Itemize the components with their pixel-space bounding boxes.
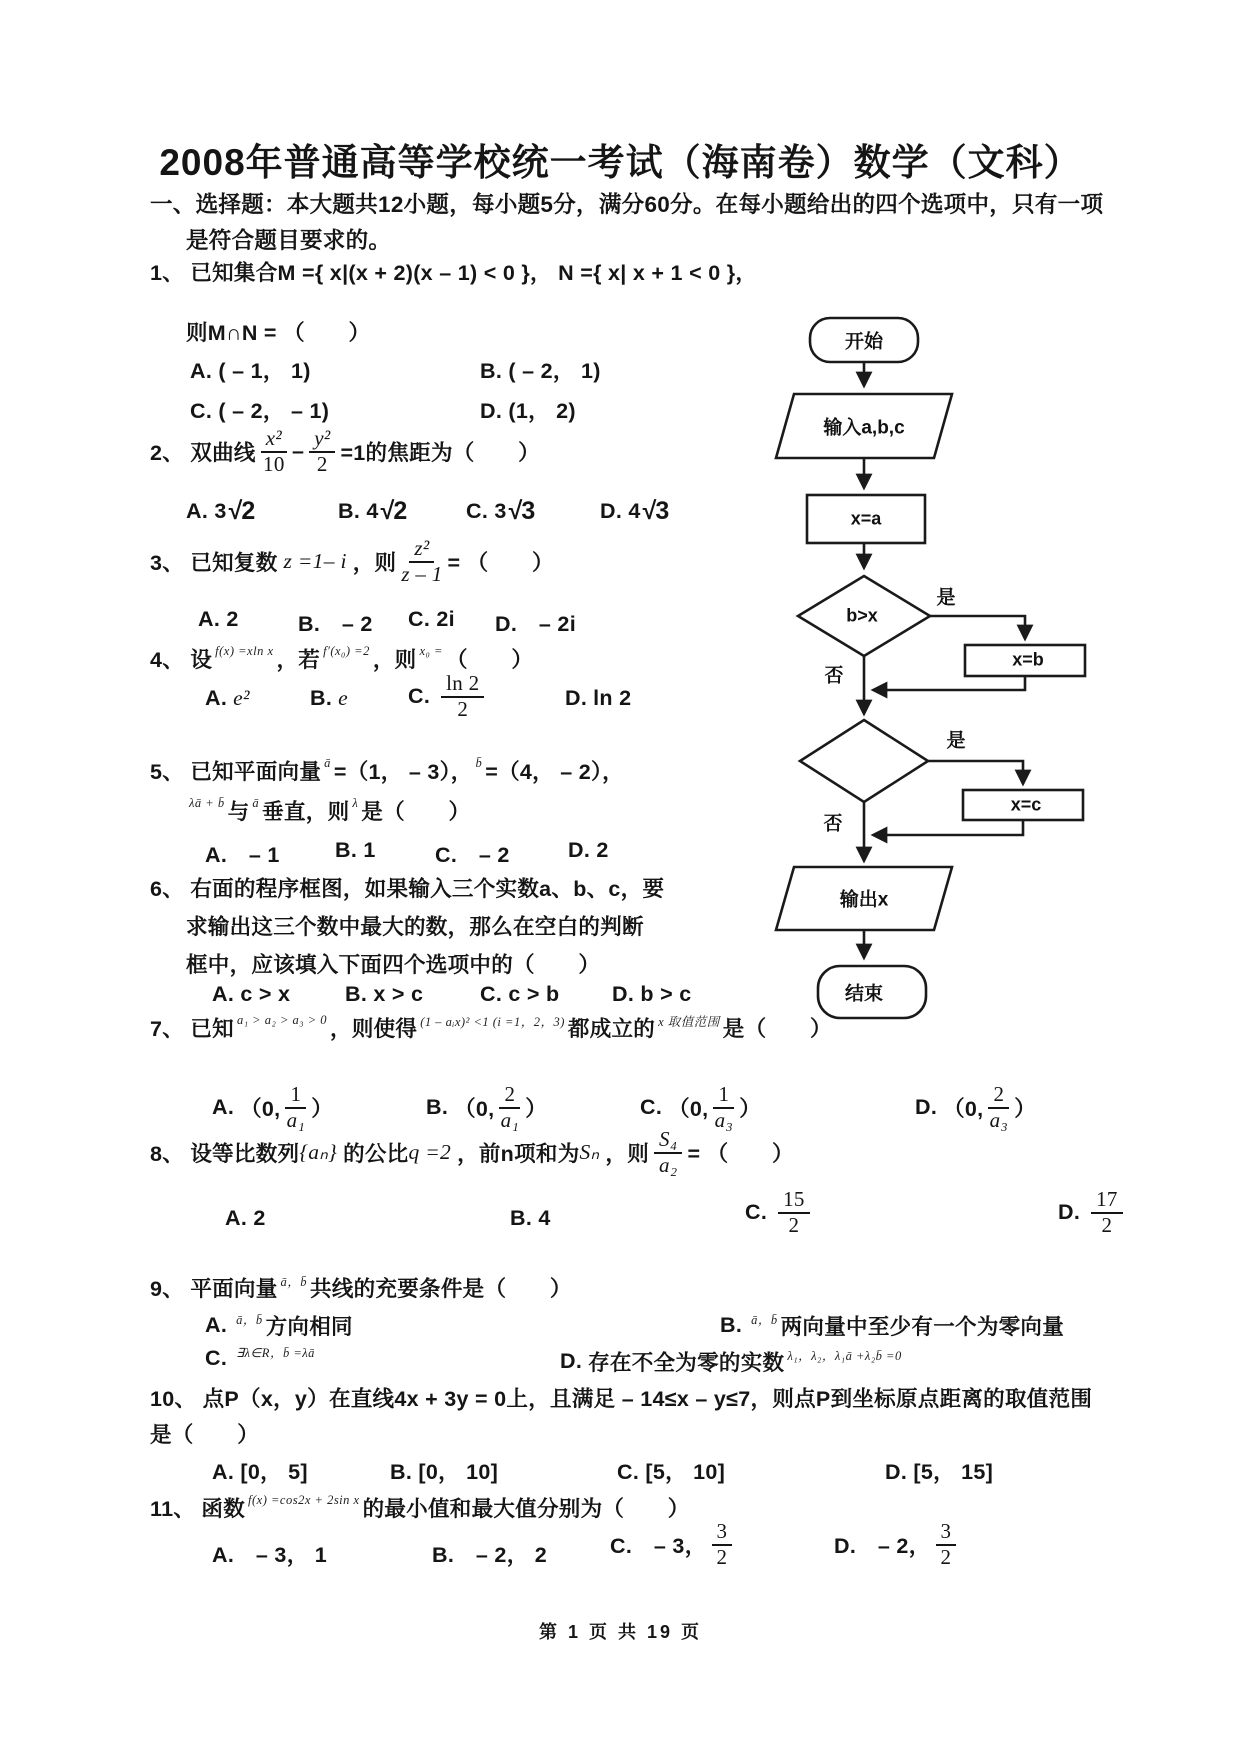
q2-stem-pre: 2、 双曲线: [150, 436, 256, 467]
flowchart-end-label: 结束: [845, 979, 883, 1006]
q1-line1: 1、 已知集合M ={ x|(x + 2)(x – 1) < 0 }， N ={…: [150, 256, 757, 287]
radical-glyph: √3: [643, 497, 669, 526]
q2-option-b: B. 4√2: [338, 497, 406, 526]
q3-stem-post: = （ ）: [448, 546, 554, 577]
q5-option-d: D. 2: [568, 838, 609, 863]
q9-pre: 9、 平面向量: [150, 1272, 278, 1303]
radical-glyph: √3: [509, 497, 535, 526]
q11-option-b: B. – 2， 2: [432, 1538, 547, 1569]
q7-stem: 7、 已知 a₁ > a₂ > a₃ > 0 ，则使得 (1 – aᵢx)² <…: [150, 1012, 832, 1043]
q7-inequality-garbled: a₁ > a₂ > a₃ > 0: [237, 1013, 327, 1028]
q7-c-fraction: 1a₃: [713, 1083, 734, 1132]
q9-option-c: C.∃λ∈R，b̄ =λā: [205, 1346, 318, 1371]
q1-option-c: C. ( – 2， – 1): [190, 394, 329, 425]
q6-option-c: C. c > b: [480, 982, 559, 1007]
q5-line1: 5、 已知平面向量 ā =（1， – 3）， b̄ =（4， – 2），: [150, 755, 624, 786]
flowchart-assign-b-label: x=b: [1012, 650, 1044, 671]
q3-option-a: A. 2: [198, 607, 239, 632]
q1-line2: 则M∩N = （ ）: [186, 316, 370, 347]
flowchart: 开始 输入a,b,c x=a b>x 是 x=b 否 是 x=c 否 输出x 结…: [756, 276, 1101, 1026]
q5-line2: λā + b̄ 与 ā 垂直，则 λ 是（ ）: [186, 795, 470, 826]
flowchart-no1-label: 否: [824, 661, 843, 688]
q4-formula-garbled-3: x₀ =: [419, 644, 442, 659]
page-footer: 第 1 页 共 19 页: [0, 1618, 1241, 1644]
q1-option-d: D. (1， 2): [480, 394, 576, 425]
q10-option-c: C. [5， 10]: [617, 1455, 725, 1486]
q8-sequence: {aₙ}: [299, 1140, 337, 1165]
q10-line2: 是（ ）: [150, 1418, 259, 1449]
q2-minus: –: [292, 439, 304, 464]
q5-expr-garbled: λā + b̄: [189, 796, 225, 811]
q3-complex: z =1– i: [284, 549, 347, 574]
q5-t1: =（1， – 3），: [334, 755, 473, 786]
q7-option-a: A.（0,1a₁）: [212, 1083, 333, 1132]
q5-vector-a2-garbled: ā: [252, 796, 259, 811]
flowchart-decision1-label: b>x: [846, 606, 878, 627]
q8-fraction: S₄a₂: [654, 1128, 682, 1177]
q8-option-b: B. 4: [510, 1206, 551, 1231]
radical-glyph: √2: [229, 497, 255, 526]
q3-fraction: z²z – 1: [401, 537, 442, 586]
flow-return2-line: [873, 820, 1023, 835]
q6-line3: 框中，应该填入下面四个选项中的（ ）: [186, 948, 600, 979]
q4-stem-pre: 4、 设: [150, 643, 212, 674]
flowchart-yes1-label: 是: [936, 583, 955, 610]
q4-formula-garbled-2: f′(x₀) =2: [323, 644, 370, 659]
q9-post: 共线的充要条件是（ ）: [310, 1272, 572, 1303]
q7-mid2: 都成立的: [568, 1012, 655, 1043]
flowchart-output-label: 输出x: [840, 885, 889, 912]
flow-yes2-line: [928, 761, 1023, 784]
q8-t2: ，前n项和为: [457, 1137, 579, 1168]
q5-option-b: B. 1: [335, 838, 376, 863]
q2-stem-post: =1的焦距为（ ）: [340, 436, 540, 467]
q3-option-d: D. – 2i: [495, 607, 576, 638]
q6-option-b: B. x > c: [345, 982, 423, 1007]
q8-t3: ，则: [605, 1137, 649, 1168]
q4-option-d: D.ln 2: [565, 686, 631, 711]
q8-option-a: A. 2: [225, 1206, 266, 1231]
section-header-line2: 是符合题目要求的。: [186, 223, 391, 255]
flowchart-assign-c-label: x=c: [1011, 795, 1042, 816]
q9-vectors-garbled: ā，b̄: [281, 1272, 308, 1290]
q8-option-c: C.152: [745, 1188, 815, 1237]
q8-d-fraction: 172: [1091, 1188, 1123, 1237]
flowchart-decision2-blank-shape: [800, 720, 928, 802]
q6-option-a: A. c > x: [212, 982, 290, 1007]
q5-vector-b-garbled: b̄: [476, 756, 483, 771]
q4-formula-garbled: f(x) =xln x: [215, 644, 273, 659]
q6-line2: 求输出这三个数中最大的数，那么在空白的判断: [186, 910, 644, 941]
q3-stem-pre: 3、 已知复数: [150, 546, 278, 577]
q8-option-d: D.172: [1058, 1188, 1128, 1237]
q8-pre: 8、 设等比数列: [150, 1137, 299, 1168]
q11-option-d: D. – 2，32: [834, 1520, 961, 1569]
q3-option-c: C. 2i: [408, 607, 455, 632]
q11-function-garbled: f(x) =cos2x + 2sin x: [248, 1493, 360, 1508]
q8-sn: Sₙ: [580, 1140, 600, 1165]
section-header-line1: 一、选择题：本大题共12小题，每小题5分，满分60分。在每小题给出的四个选项中，…: [150, 187, 1103, 219]
q8-ratio: q =2: [408, 1140, 451, 1165]
q7-option-b: B.（0,2a₁）: [426, 1083, 547, 1132]
q2-stem: 2、 双曲线 x²10 – y²2 =1的焦距为（ ）: [150, 427, 540, 476]
q7-d-fraction: 2a₃: [988, 1083, 1009, 1132]
q10-line1: 10、 点P（x，y）在直线4x + 3y = 0上，且满足 – 14≤x – …: [150, 1382, 1092, 1413]
flow-yes1-line: [930, 616, 1025, 639]
q9-c-expr-garbled: ∃λ∈R，b̄ =λā: [236, 1343, 315, 1361]
q4-stem: 4、 设 f(x) =xln x ，若 f′(x₀) =2 ，则 x₀ = （ …: [150, 643, 533, 674]
q5-option-c: C. – 2: [435, 838, 510, 869]
q11-d-fraction: 32: [936, 1520, 957, 1569]
q10-option-b: B. [0， 10]: [390, 1455, 498, 1486]
q10-option-d: D. [5， 15]: [885, 1455, 993, 1486]
q11-option-c: C. – 3，32: [610, 1520, 737, 1569]
q5-l2-t3: 是（ ）: [361, 795, 470, 826]
q7-range-garbled: x 取值范围: [658, 1012, 720, 1030]
q7-pre: 7、 已知: [150, 1012, 234, 1043]
q5-lambda-garbled: λ: [352, 796, 358, 811]
q4-option-c: C.ln 22: [408, 672, 489, 721]
q1-option-b: B. ( – 2， 1): [480, 354, 601, 385]
q11-stem: 11、 函数 f(x) =cos2x + 2sin x 的最小值和最大值分别为（…: [150, 1492, 690, 1523]
q9-stem: 9、 平面向量 ā，b̄ 共线的充要条件是（ ）: [150, 1272, 572, 1303]
q11-post: 的最小值和最大值分别为（ ）: [363, 1492, 690, 1523]
q2-option-a: A. 3√2: [186, 497, 254, 526]
q4-option-b: B.e: [310, 686, 348, 711]
q10-option-a: A. [0， 5]: [212, 1455, 308, 1486]
q2-fraction-1: x²10: [261, 427, 287, 476]
q5-t2: =（4， – 2），: [485, 755, 624, 786]
q9-a-vectors-garbled: ā，b̄: [236, 1310, 263, 1328]
q7-condition-garbled: (1 – aᵢx)² <1 (i =1，2，3): [420, 1012, 565, 1030]
q3-option-b: B. – 2: [298, 607, 373, 638]
q4-option-a: A.e²: [205, 686, 250, 711]
q2-fraction-2: y²2: [309, 427, 335, 476]
flowchart-canvas: [756, 276, 1101, 1026]
q9-option-d: D.存在不全为零的实数λ₁，λ₂，λ₁ā +λ₂b̄ =0: [560, 1346, 905, 1377]
q5-l2-t1: 与: [228, 795, 250, 826]
q6-option-d: D. b > c: [612, 982, 691, 1007]
flowchart-input-label: 输入a,b,c: [823, 413, 904, 440]
flowchart-no2-label: 否: [823, 809, 842, 836]
q8-stem: 8、 设等比数列 {aₙ} 的公比 q =2 ，前n项和为 Sₙ ，则 S₄a₂…: [150, 1128, 794, 1177]
q11-option-a: A. – 3， 1: [212, 1538, 327, 1569]
radical-glyph: √2: [381, 497, 407, 526]
q6-line1: 6、 右面的程序框图，如果输入三个实数a、b、c，要: [150, 872, 664, 903]
q8-t1: 的公比: [343, 1137, 408, 1168]
q4-stem-mid2: ，则: [373, 643, 417, 674]
q3-stem: 3、 已知复数 z =1– i ，则 z²z – 1 = （ ）: [150, 537, 554, 586]
exam-page: 2008年普通高等学校统一考试（海南卷）数学（文科） 一、选择题：本大题共12小…: [0, 0, 1241, 1754]
q7-b-fraction: 2a₁: [499, 1083, 520, 1132]
q5-pre: 5、 已知平面向量: [150, 755, 321, 786]
q8-post: = （ ）: [687, 1137, 793, 1168]
q1-option-a: A. ( – 1， 1): [190, 354, 311, 385]
q7-mid1: ，则使得: [330, 1012, 417, 1043]
q7-option-d: D.（0,2a₃）: [915, 1083, 1036, 1132]
flowchart-start-label: 开始: [845, 327, 883, 354]
q5-option-a: A. – 1: [205, 838, 280, 869]
q9-option-b: B.ā，b̄两向量中至少有一个为零向量: [720, 1310, 1064, 1341]
q11-c-fraction: 32: [712, 1520, 733, 1569]
page-title: 2008年普通高等学校统一考试（海南卷）数学（文科）: [0, 132, 1241, 186]
q7-option-c: C.（0,1a₃）: [640, 1083, 761, 1132]
q2-option-d: D. 4√3: [600, 497, 668, 526]
flowchart-assign-a-label: x=a: [851, 509, 882, 530]
q2-option-c: C. 3√3: [466, 497, 534, 526]
q4-stem-mid1: ，若: [277, 643, 321, 674]
q9-option-a: A.ā，b̄方向相同: [205, 1310, 353, 1341]
q5-l2-t2: 垂直，则: [262, 795, 349, 826]
q4-stem-post: （ ）: [446, 643, 533, 674]
q7-a-fraction: 1a₁: [285, 1083, 306, 1132]
q11-pre: 11、 函数: [150, 1492, 245, 1523]
q8-c-fraction: 152: [778, 1188, 810, 1237]
q9-d-expr-garbled: λ₁，λ₂，λ₁ā +λ₂b̄ =0: [787, 1346, 901, 1364]
flow-return1-line: [873, 676, 1025, 690]
q5-vector-a-garbled: ā: [324, 756, 331, 771]
flowchart-yes2-label: 是: [946, 726, 965, 753]
q9-b-vectors-garbled: ā，b̄: [751, 1310, 778, 1328]
q4-option-c-fraction: ln 22: [441, 672, 484, 721]
q3-stem-mid: ，则: [353, 546, 397, 577]
